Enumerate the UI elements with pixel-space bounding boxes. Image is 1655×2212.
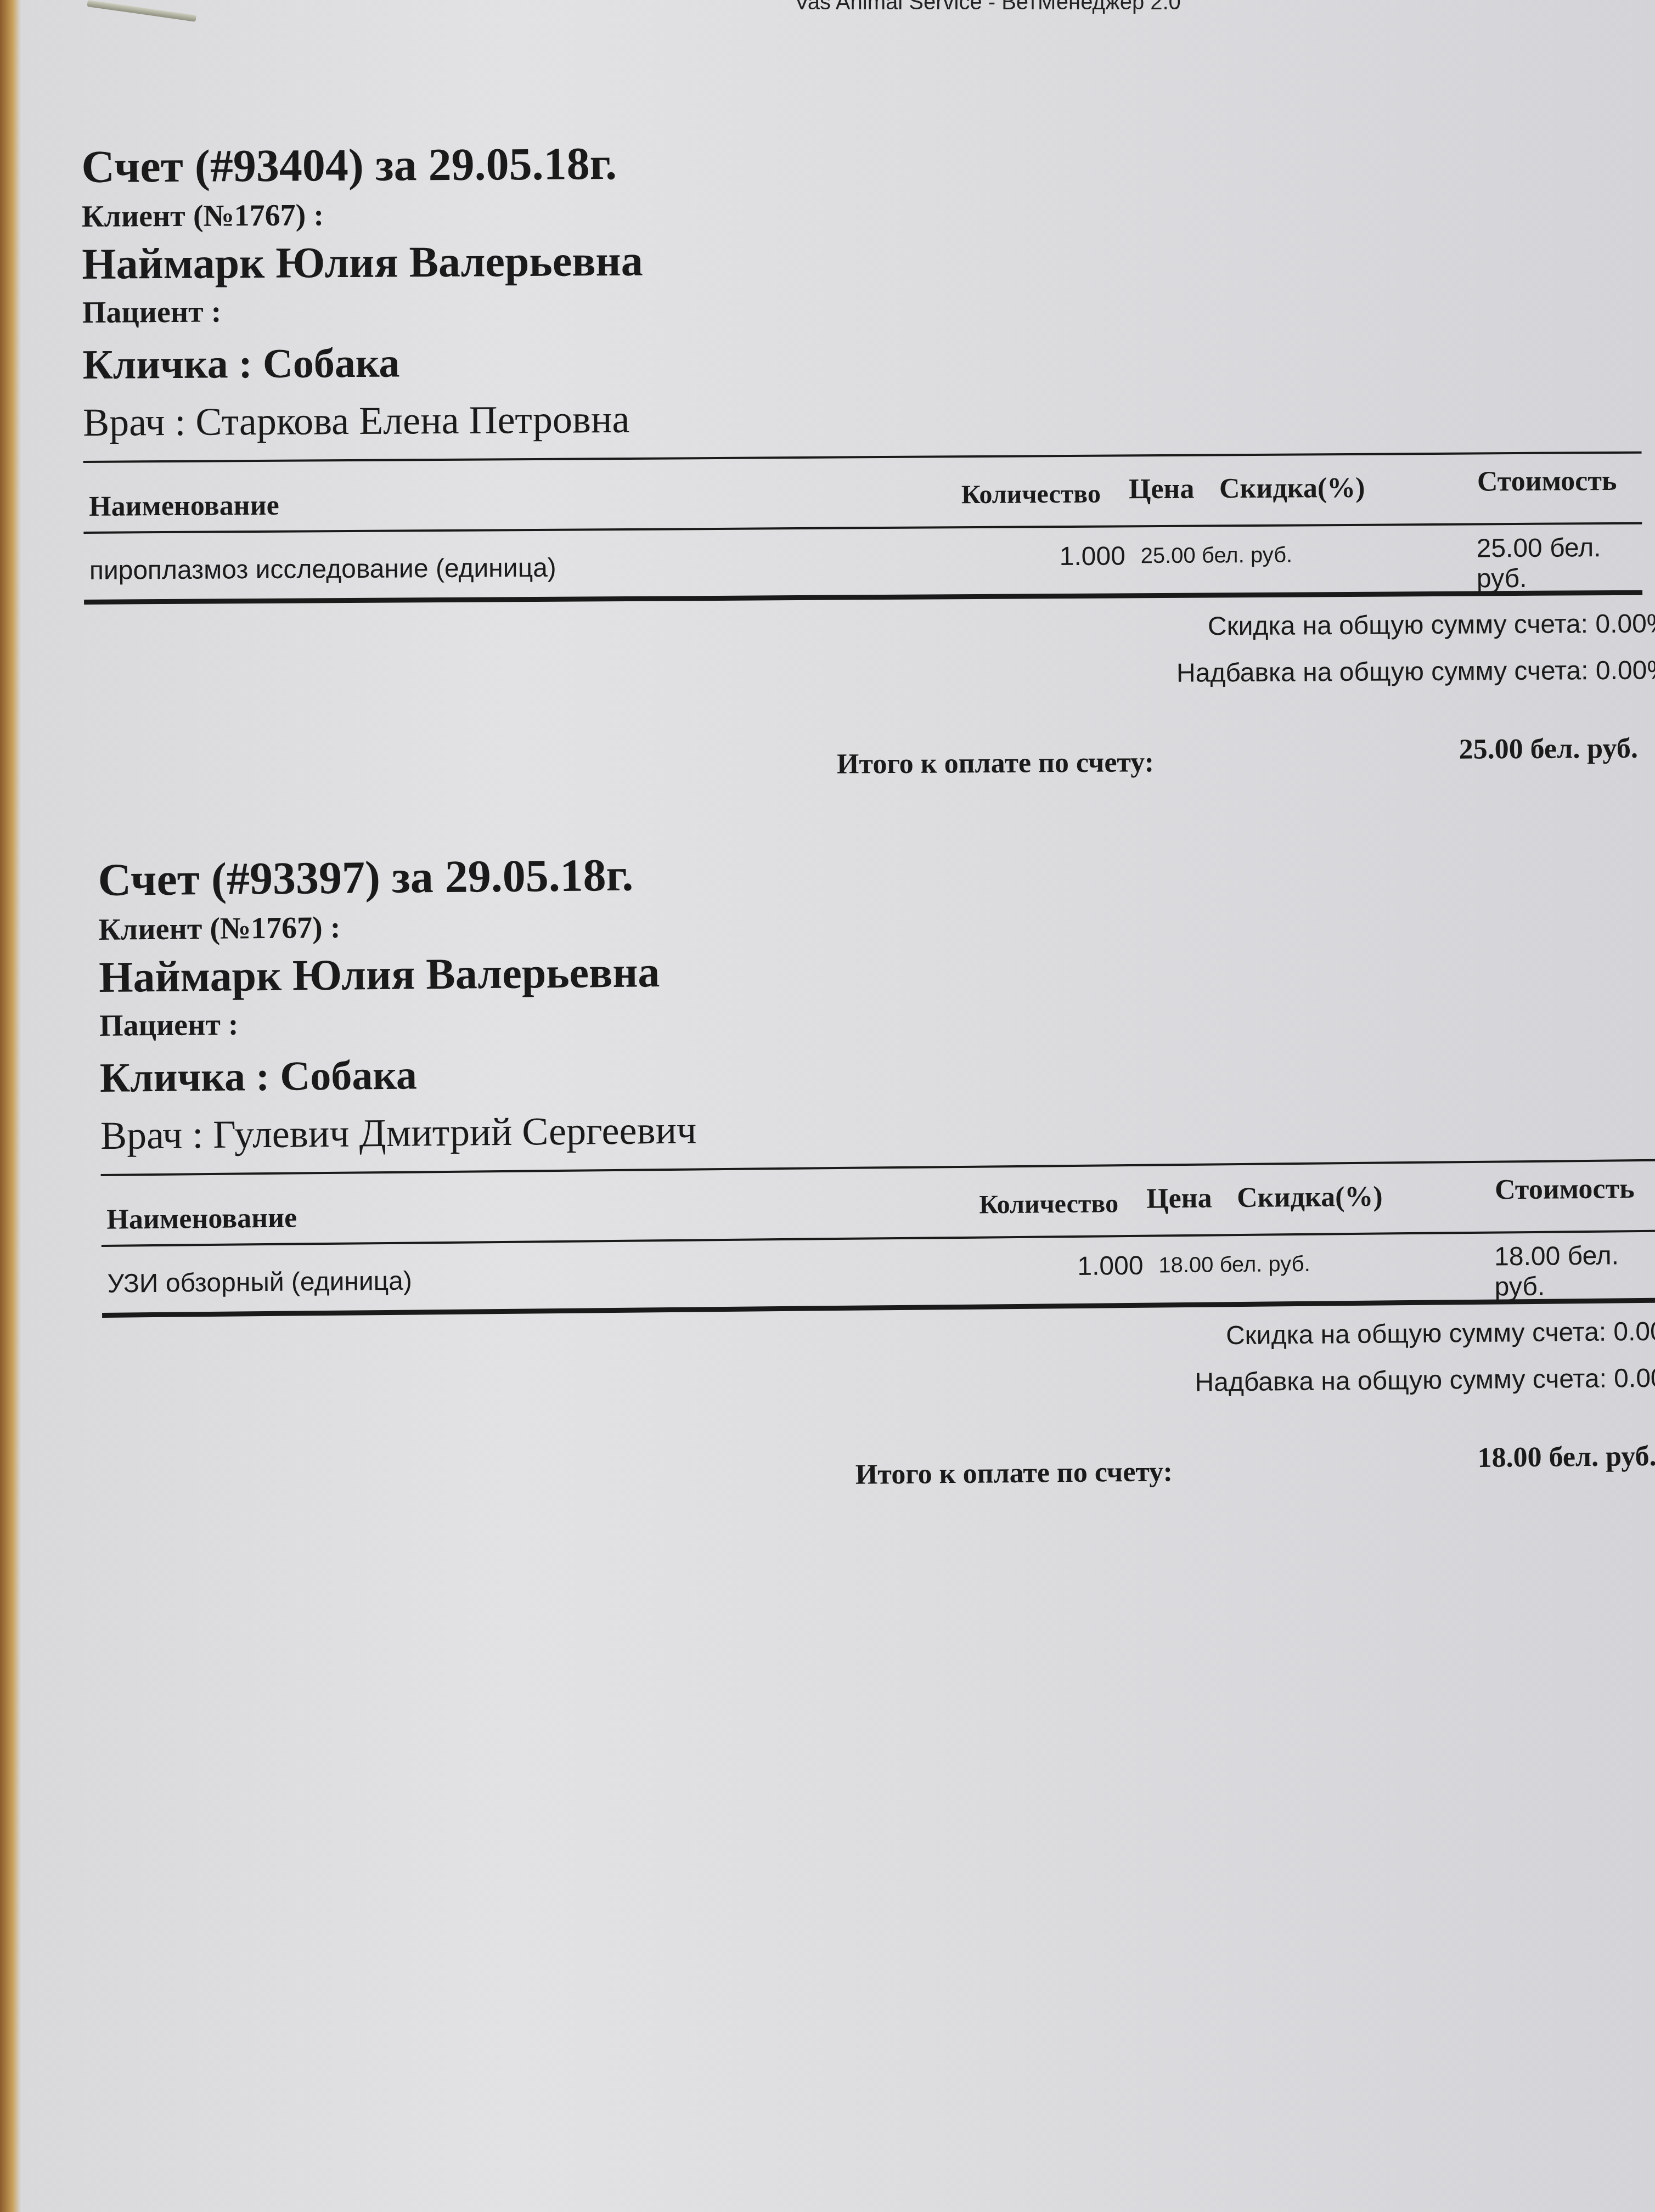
header-quantity: Количество: [961, 479, 1101, 510]
total-label: Итого к оплате по счету:: [837, 746, 1154, 781]
item-name: УЗИ обзорный (единица): [107, 1266, 412, 1299]
total-value: 18.00 бел. руб.: [1477, 1440, 1655, 1474]
app-header: Vas Animal Service - ВетМенеджер 2.0: [795, 0, 1181, 15]
summary: Скидка на общую сумму счета: 0.00% Надба…: [84, 600, 1655, 703]
invoice-title: Счет (#93404) за 29.05.18г.: [81, 130, 1655, 195]
header-quantity: Количество: [979, 1188, 1118, 1220]
item-quantity: 1.000: [1060, 541, 1125, 572]
items-table: Наименование Количество Цена Скидка(%) С…: [101, 1159, 1655, 1318]
underlying-sheet-edge: [0, 0, 21, 2212]
header-discount: Скидка(%): [1219, 472, 1365, 505]
item-price: 18.00 бел. руб.: [1158, 1252, 1310, 1278]
item-cost: 18.00 бел. руб.: [1494, 1240, 1655, 1302]
invoice-93397: Счет (#93397) за 29.05.18г. Клиент (№176…: [98, 837, 1655, 1526]
total-row: Итого к оплате по счету: 25.00 бел. руб.: [85, 732, 1644, 813]
header-price: Цена: [1146, 1182, 1212, 1215]
client-name: Наймарк Юлия Валерьевна: [82, 229, 1655, 291]
staple: [87, 0, 196, 22]
invoice-93404: Счет (#93404) за 29.05.18г. Клиент (№176…: [81, 130, 1655, 813]
total-value: 25.00 бел. руб.: [1459, 732, 1638, 766]
item-quantity: 1.000: [1077, 1251, 1144, 1282]
total-row: Итого к оплате по счету: 18.00 бел. руб.: [104, 1440, 1655, 1526]
item-name: пироплазмоз исследование (единица): [89, 553, 556, 586]
total-label: Итого к оплате по счету:: [855, 1455, 1173, 1491]
header-name: Наименование: [89, 489, 279, 523]
header-name: Наименование: [106, 1202, 297, 1236]
table-row: пироплазмоз исследование (единица) 1.000…: [83, 524, 1642, 600]
items-table: Наименование Количество Цена Скидка(%) С…: [83, 452, 1643, 605]
doctor: Врач : Старкова Елена Петровна: [83, 385, 1655, 450]
header-price: Цена: [1129, 473, 1195, 506]
header-discount: Скидка(%): [1237, 1181, 1383, 1215]
header-cost: Стоимость: [1477, 465, 1617, 498]
header-cost: Стоимость: [1495, 1172, 1635, 1206]
summary: Скидка на общую сумму счета: 0.00% Надба…: [102, 1308, 1655, 1417]
markup-total: Надбавка на общую сумму счета: 0.00%: [85, 647, 1655, 703]
item-price: 25.00 бел. руб.: [1141, 543, 1293, 569]
item-cost: 25.00 бел. руб.: [1476, 533, 1642, 594]
table-header: Наименование Количество Цена Скидка(%) С…: [83, 454, 1642, 532]
paper-page: Vas Animal Service - ВетМенеджер 2.0 Сче…: [21, 0, 1655, 2212]
pet-name: Кличка : Собака: [82, 325, 1655, 395]
